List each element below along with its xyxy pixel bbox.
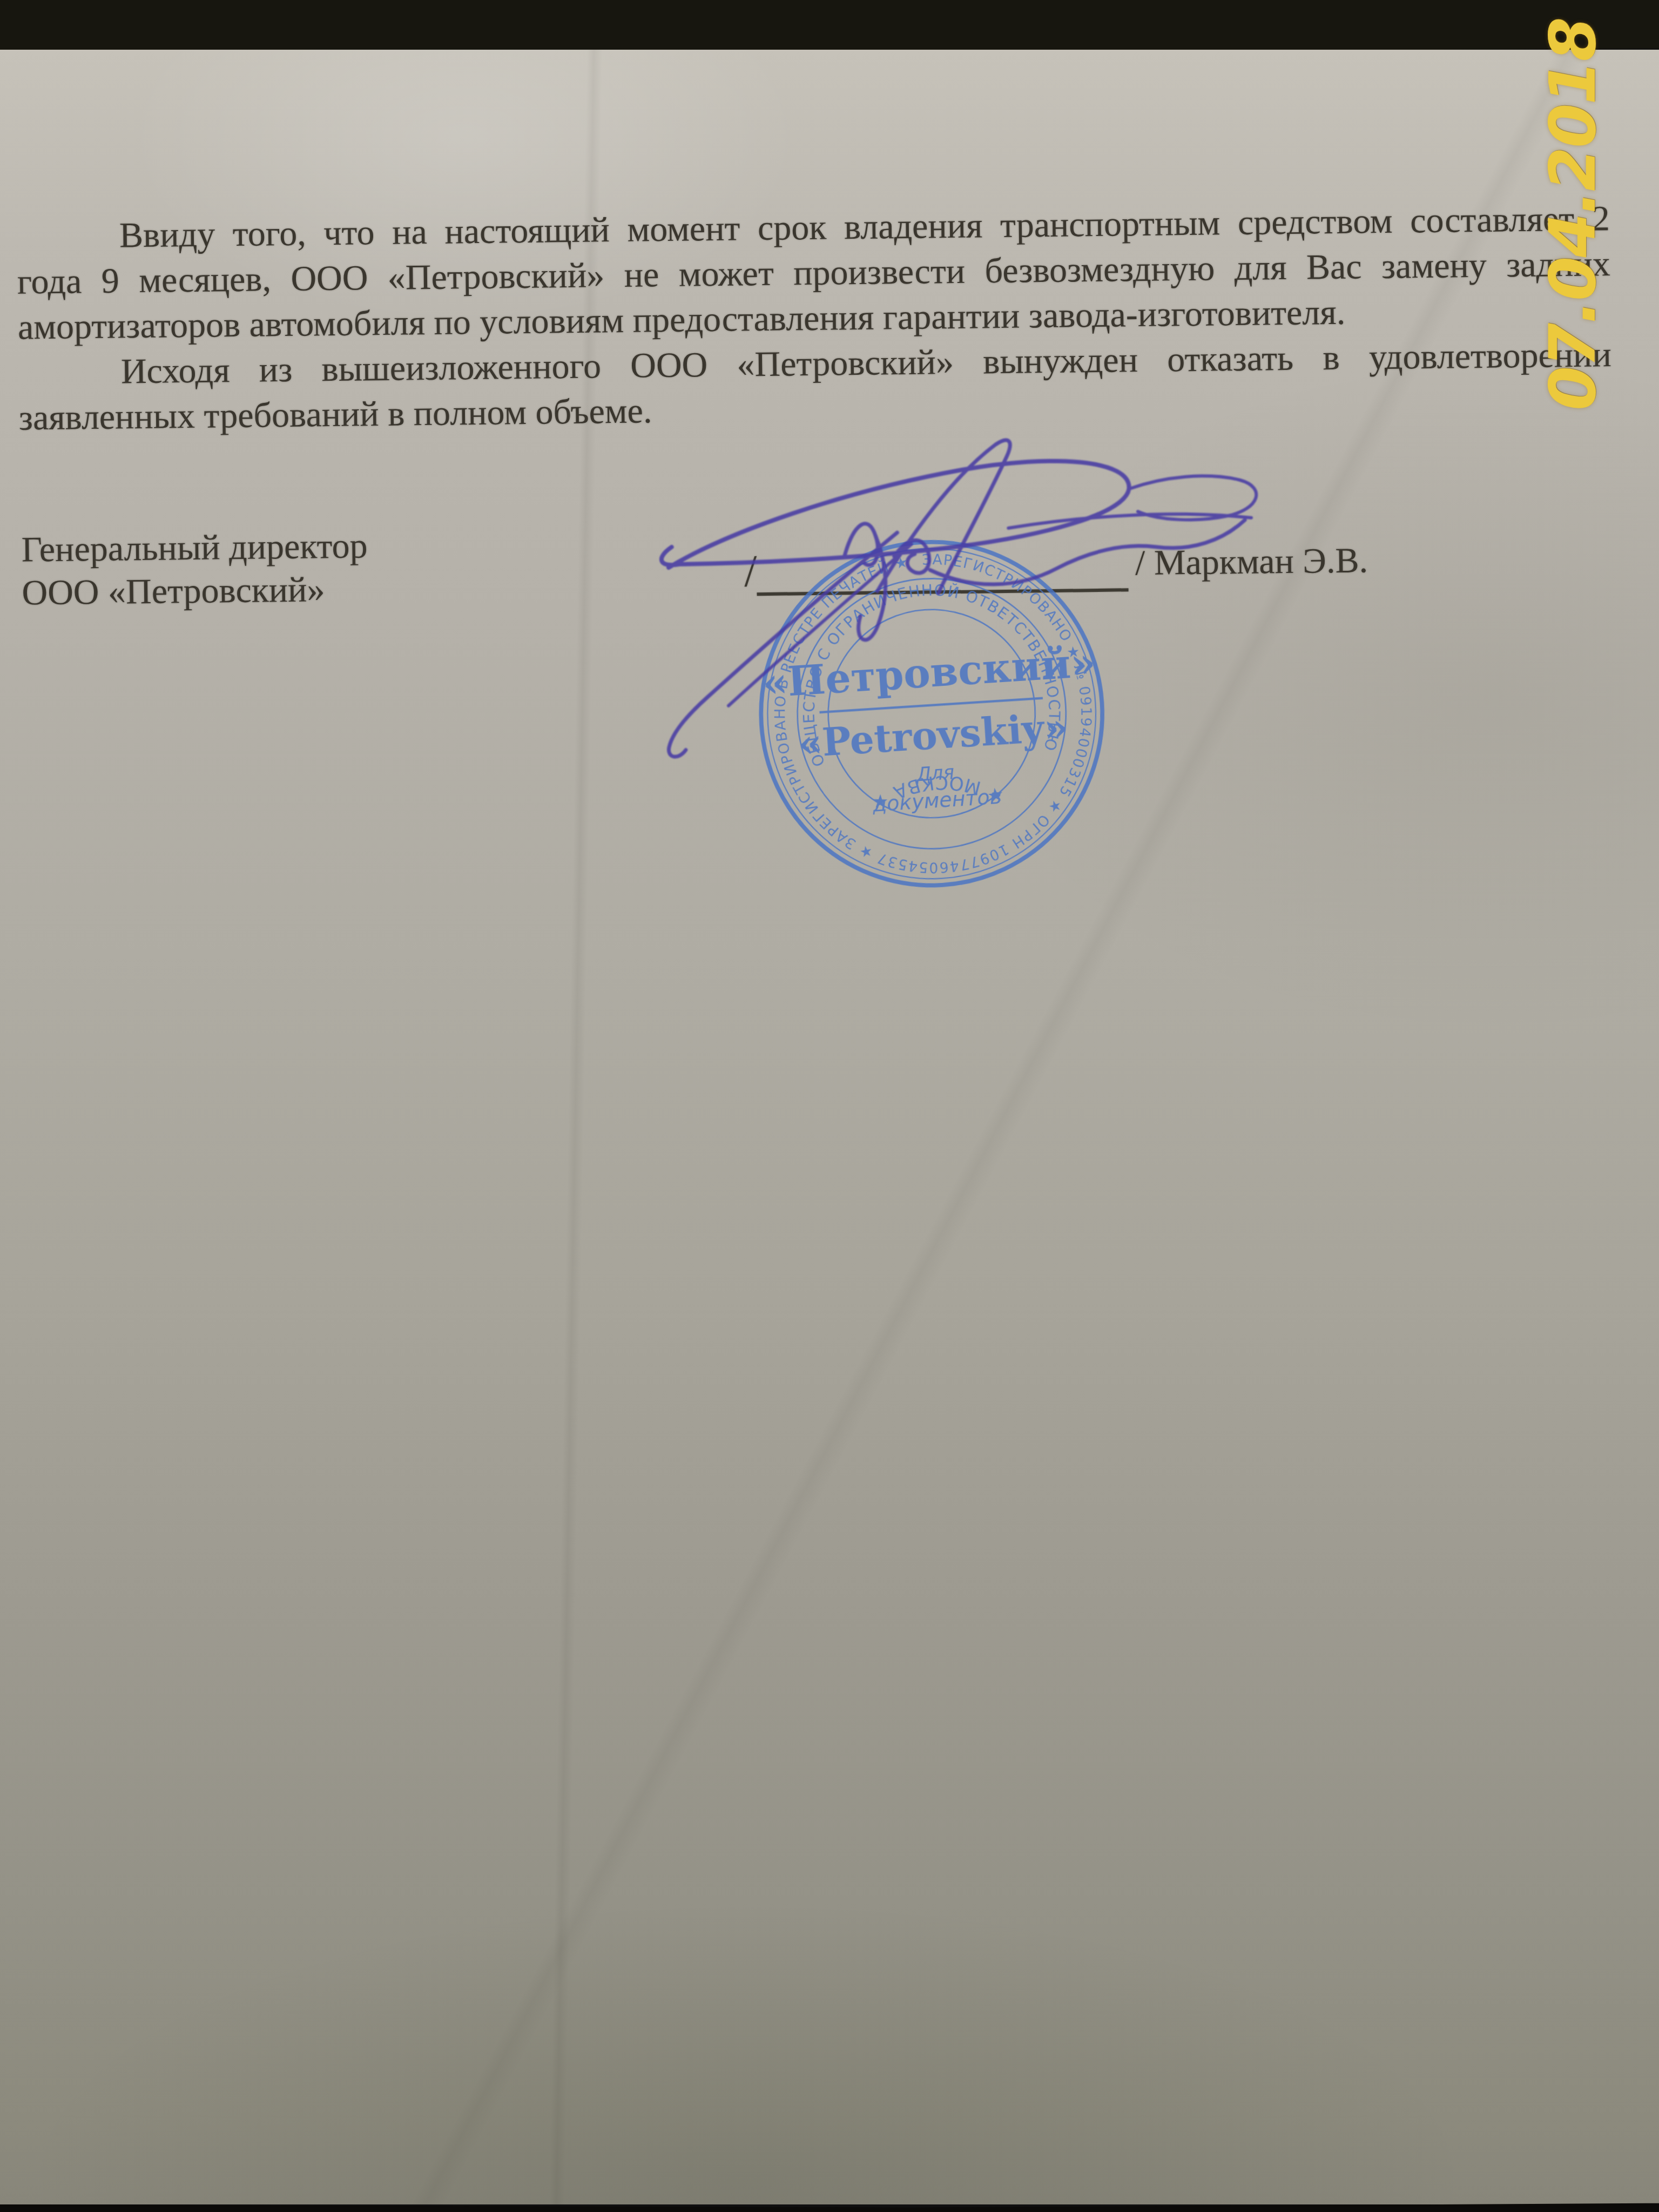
signer-title-line2: ООО «Петровский» xyxy=(22,568,368,615)
signer-title: Генеральный директор ООО «Петровский» xyxy=(21,524,368,615)
photo-of-document: Ввиду того, что на настоящий момент срок… xyxy=(0,0,1659,2212)
camera-date-stamp: 07.04.2018 xyxy=(1539,54,1606,410)
paper-sheet: Ввиду того, что на настоящий момент срок… xyxy=(0,50,1659,2204)
signer-title-line1: Генеральный директор xyxy=(21,524,368,571)
handwritten-signature xyxy=(596,389,1330,884)
document-content: Ввиду того, что на настоящий момент срок… xyxy=(0,40,1659,2212)
